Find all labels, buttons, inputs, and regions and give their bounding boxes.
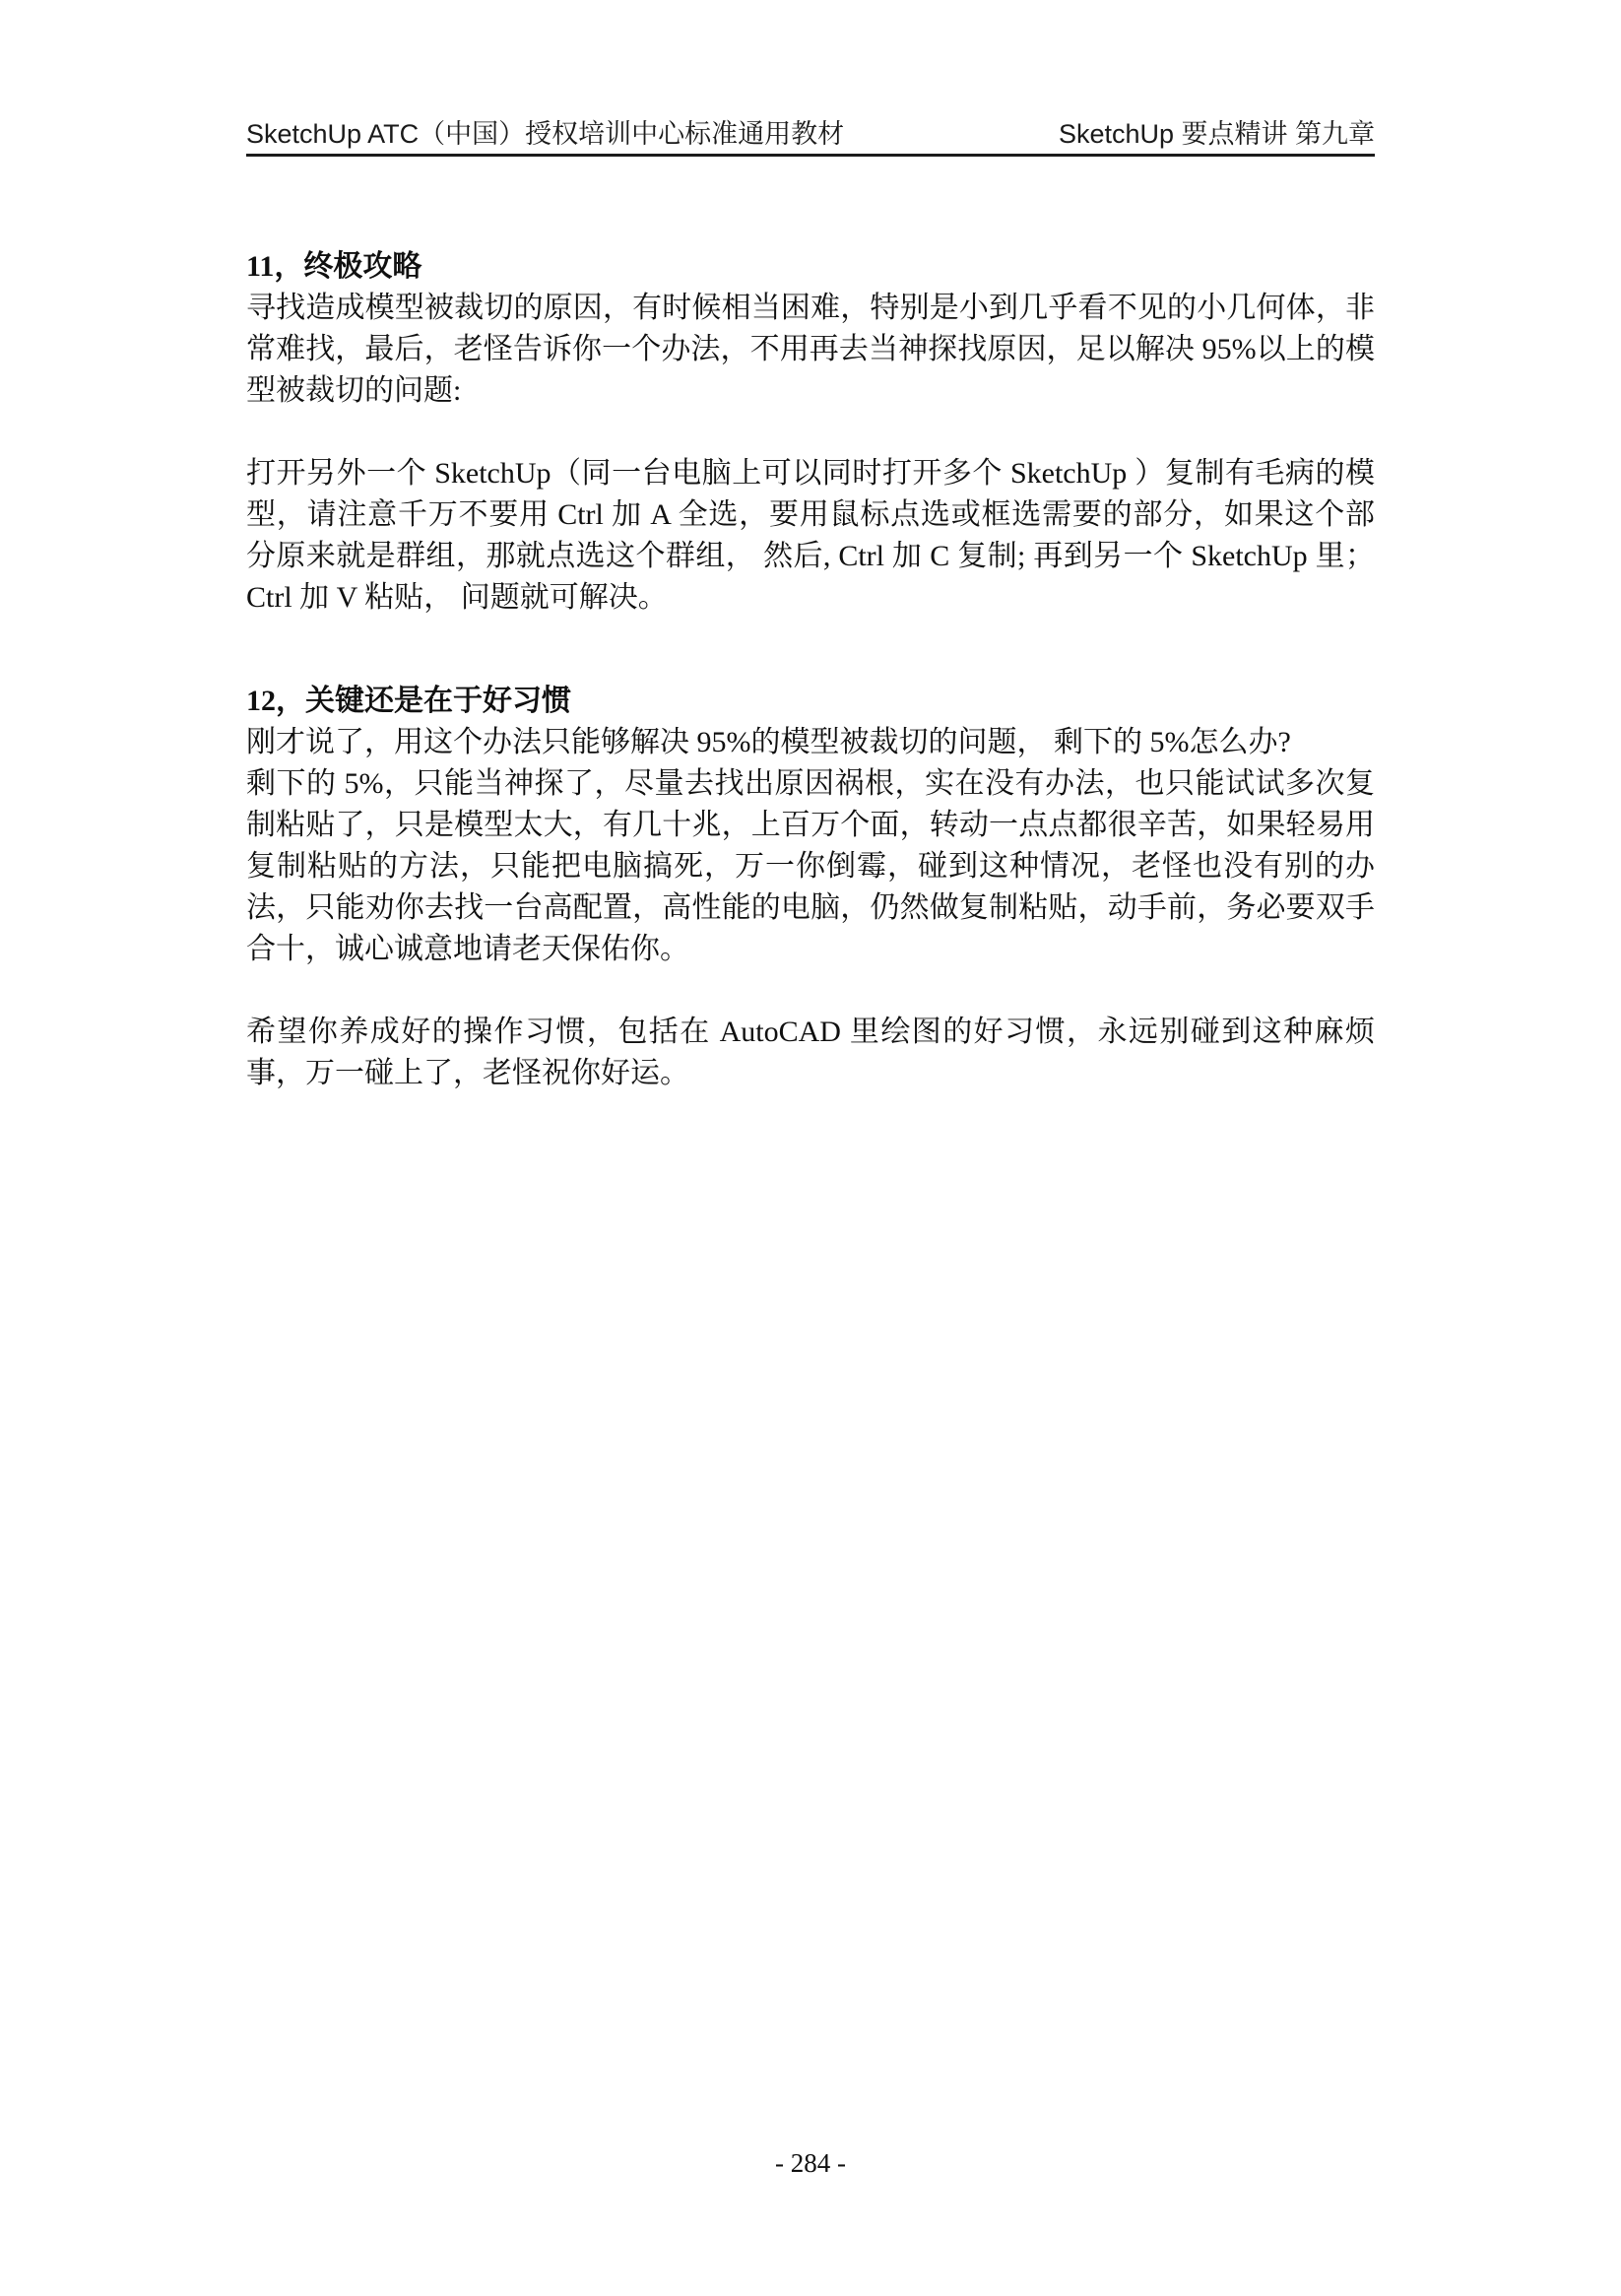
page-number: - 284 - — [775, 2148, 846, 2178]
header-left-title: SketchUp ATC（中国）授权培训中心标准通用教材 — [246, 120, 844, 149]
section-11-paragraph-2: 打开另外一个 SketchUp（同一台电脑上可以同时打开多个 SketchUp … — [246, 453, 1375, 619]
document-page: SketchUp ATC（中国）授权培训中心标准通用教材 SketchUp 要点… — [0, 0, 1621, 2296]
section-12-paragraph-2: 剩下的 5%，只能当神探了，尽量去找出原因祸根，实在没有办法，也只能试试多次复制… — [246, 763, 1375, 970]
section-11-paragraph-1: 寻找造成模型被裁切的原因，有时候相当困难，特别是小到几乎看不见的小几何体，非常难… — [246, 288, 1375, 412]
section-12-paragraph-3: 希望你养成好的操作习惯，包括在 AutoCAD 里绘图的好习惯，永远别碰到这种麻… — [246, 1012, 1375, 1094]
page-header: SketchUp ATC（中国）授权培训中心标准通用教材 SketchUp 要点… — [246, 120, 1375, 157]
header-right-title: SketchUp 要点精讲 第九章 — [1059, 120, 1375, 149]
section-11-heading: 11，终极攻略 — [246, 246, 1375, 288]
page-footer: - 284 - — [0, 2148, 1621, 2179]
page-body: 11，终极攻略 寻找造成模型被裁切的原因，有时候相当困难，特别是小到几乎看不见的… — [246, 246, 1375, 1094]
section-12-heading: 12，关键还是在于好习惯 — [246, 681, 1375, 722]
section-12-paragraph-1: 刚才说了，用这个办法只能够解决 95%的模型被裁切的问题， 剩下的 5%怎么办? — [246, 722, 1375, 763]
